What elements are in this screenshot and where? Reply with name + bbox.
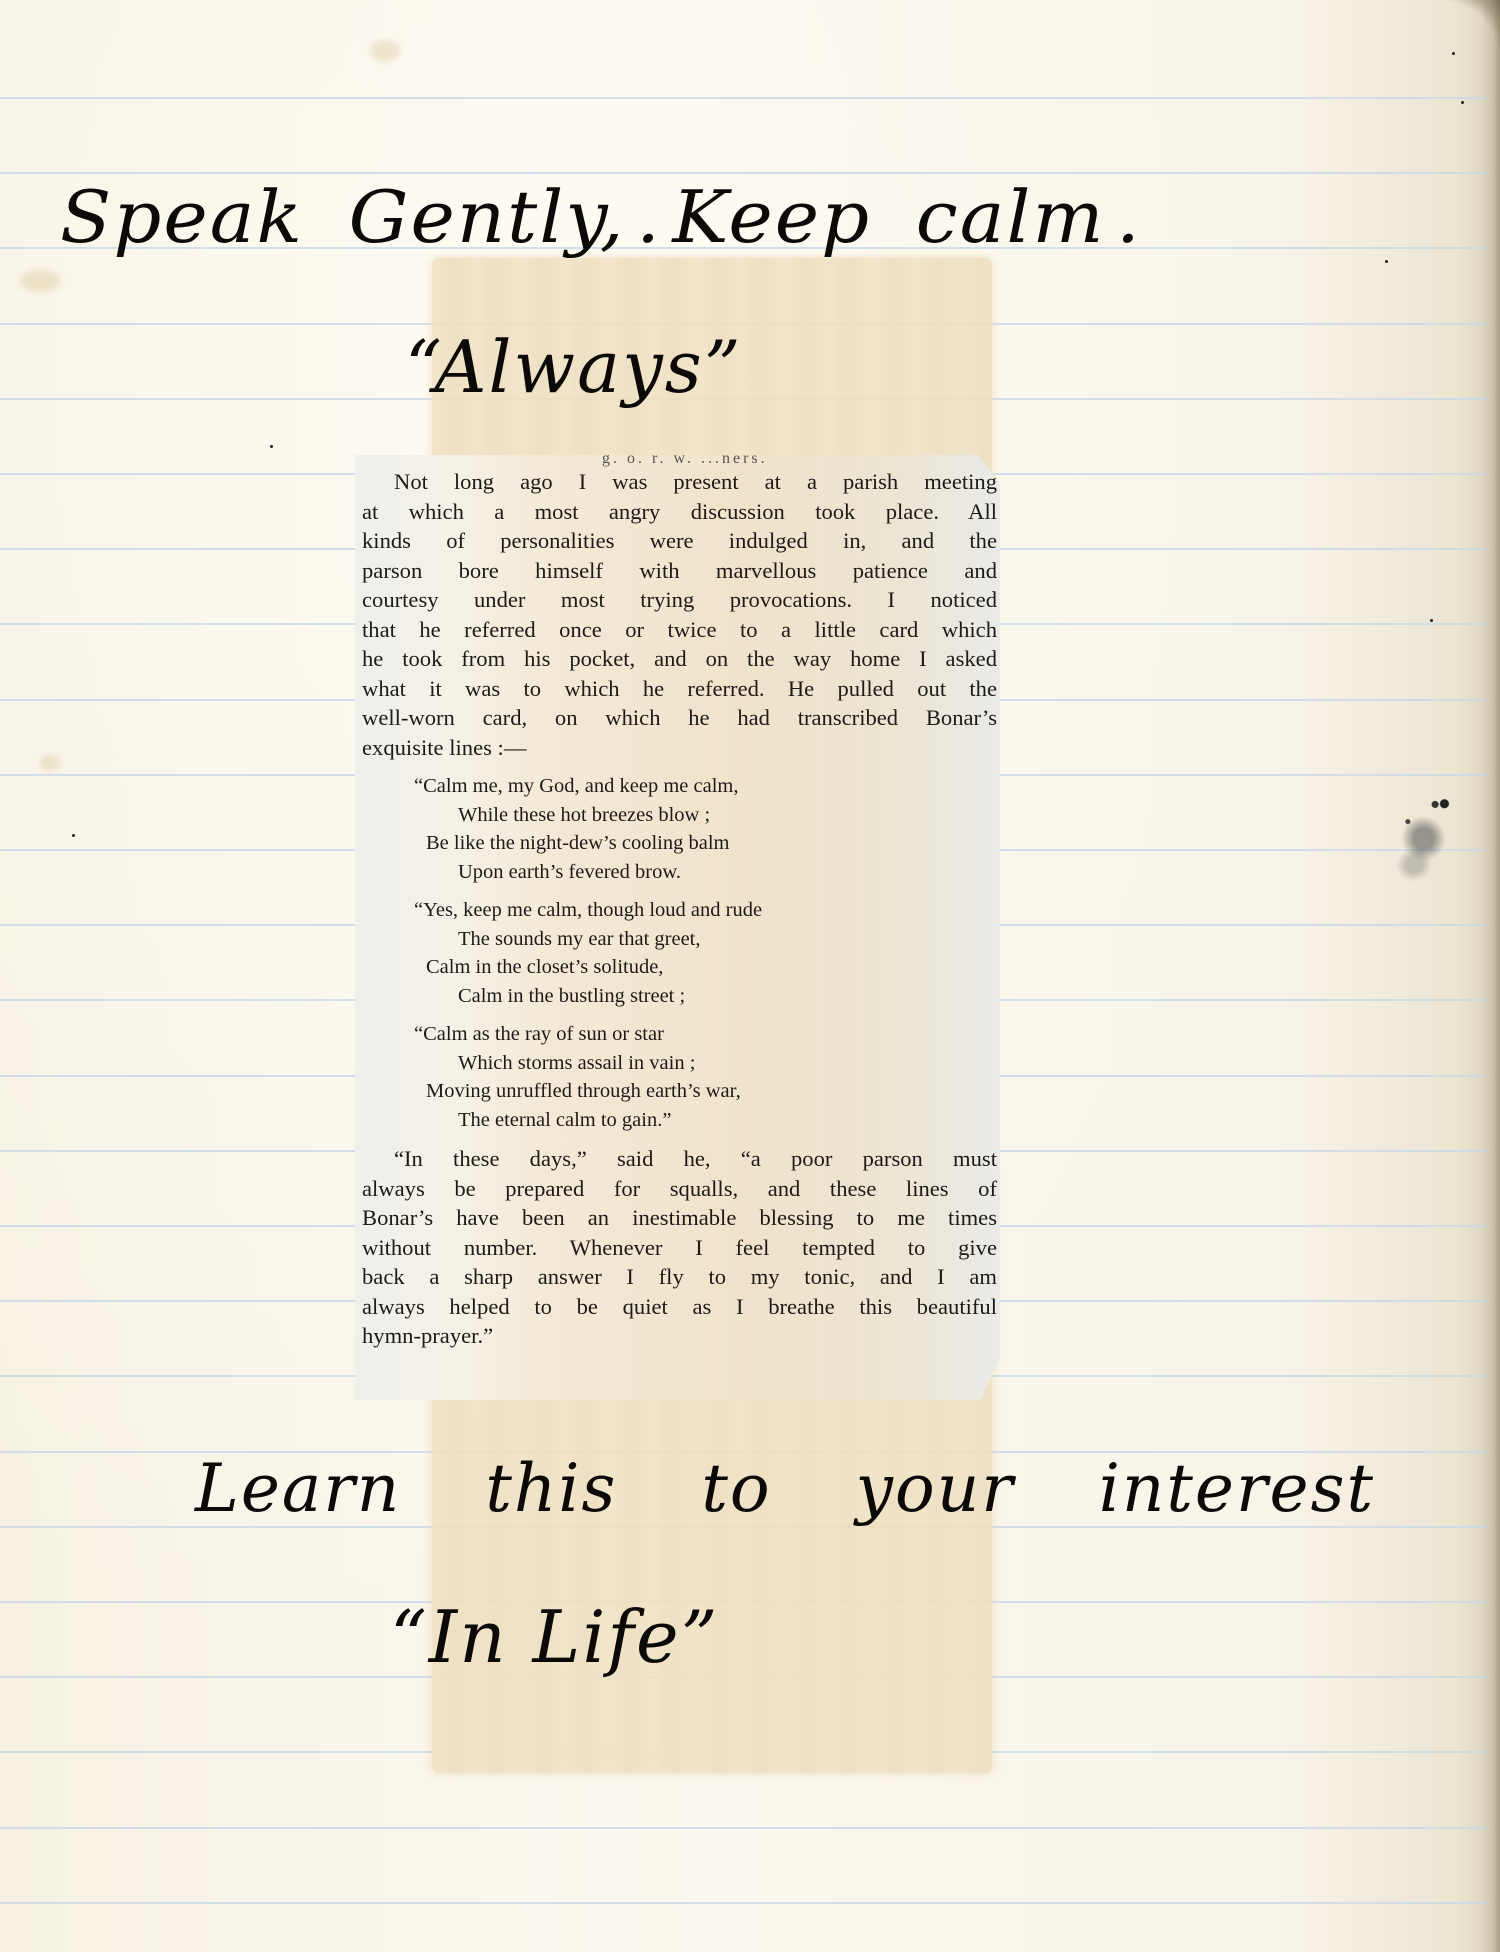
ruled-line bbox=[0, 97, 1490, 99]
poem-line: The eternal calm to gain.” bbox=[362, 1106, 997, 1135]
ink-speck bbox=[1461, 101, 1464, 104]
text-line: without number. Whenever I feel tempted … bbox=[362, 1233, 997, 1263]
handwritten-heading-speak-gently: Speak Gently,.Keep calm. bbox=[60, 175, 1152, 259]
handwritten-separator: . bbox=[1116, 175, 1142, 259]
poem-line: Be like the night-dew’s cooling balm bbox=[362, 829, 997, 858]
poem-stanza-3: “Calm as the ray of sun or star Which st… bbox=[362, 1020, 997, 1134]
page-corner-curl bbox=[1440, 0, 1500, 60]
text-line: Not long ago I was present at a parish m… bbox=[362, 467, 997, 497]
poem-line: “Yes, keep me calm, though loud and rude bbox=[362, 896, 997, 925]
ink-speck bbox=[1385, 260, 1388, 263]
text-line: well-worn card, on which he had transcri… bbox=[362, 703, 997, 733]
clipping-bottom-fragment: . . . . . . bbox=[380, 1392, 1000, 1402]
page-edge-shadow bbox=[1482, 0, 1500, 1952]
ink-speck bbox=[1430, 619, 1433, 622]
handwritten-text: Keep calm bbox=[672, 175, 1105, 259]
poem-line: Upon earth’s fevered brow. bbox=[362, 858, 997, 887]
ink-splatter bbox=[1368, 787, 1482, 898]
text-line: Bonar’s have been an inestimable blessin… bbox=[362, 1203, 997, 1233]
text-line: kinds of personalities were indulged in,… bbox=[362, 526, 997, 556]
ruled-line bbox=[0, 1902, 1490, 1904]
handwritten-learn-this: Learn this to your interest bbox=[195, 1450, 1375, 1527]
poem-line: While these hot breezes blow ; bbox=[362, 801, 997, 830]
handwritten-in-life: “In Life” bbox=[390, 1595, 719, 1679]
handwritten-word: to bbox=[701, 1450, 771, 1527]
text-line: “In these days,” said he, “a poor parson… bbox=[362, 1144, 997, 1174]
poem-stanza-1: “Calm me, my God, and keep me calm, Whil… bbox=[362, 772, 997, 886]
clipping-top-fragment: g. o. r. w. ...ners. bbox=[362, 455, 997, 467]
poem-line: Calm in the bustling street ; bbox=[362, 982, 997, 1011]
text-line: that he referred once or twice to a litt… bbox=[362, 615, 997, 645]
poem-line: “Calm as the ray of sun or star bbox=[362, 1020, 997, 1049]
text-line: always helped to be quiet as I breathe t… bbox=[362, 1292, 997, 1322]
ruled-line bbox=[0, 1827, 1490, 1829]
text-line: courtesy under most trying provocations.… bbox=[362, 585, 997, 615]
notebook-page: g. o. r. w. ...ners. Not long ago I was … bbox=[0, 0, 1500, 1952]
foxing-stain bbox=[40, 755, 60, 771]
text-line: what it was to which he referred. He pul… bbox=[362, 674, 997, 704]
text-line: exquisite lines :— bbox=[362, 733, 997, 763]
handwritten-word: this bbox=[485, 1450, 617, 1527]
clipping-paragraph-1: Not long ago I was present at a parish m… bbox=[362, 467, 997, 762]
poem-line: “Calm me, my God, and keep me calm, bbox=[362, 772, 997, 801]
bonar-hymn-poem: “Calm me, my God, and keep me calm, Whil… bbox=[362, 772, 997, 1134]
poem-line: Which storms assail in vain ; bbox=[362, 1049, 997, 1078]
handwritten-text: Speak Gently, bbox=[60, 175, 626, 259]
handwritten-word: your bbox=[856, 1450, 1015, 1527]
poem-line: Moving unruffled through earth’s war, bbox=[362, 1077, 997, 1106]
text-line: he took from his pocket, and on the way … bbox=[362, 644, 997, 674]
foxing-stain bbox=[20, 270, 60, 292]
poem-stanza-2: “Yes, keep me calm, though loud and rude… bbox=[362, 896, 997, 1010]
handwritten-word: interest bbox=[1099, 1450, 1375, 1527]
poem-line: The sounds my ear that greet, bbox=[362, 925, 997, 954]
text-line: at which a most angry discussion took pl… bbox=[362, 497, 997, 527]
handwritten-separator: . bbox=[636, 175, 662, 259]
text-line: hymn-prayer.” bbox=[362, 1321, 997, 1351]
text-line: always be prepared for squalls, and thes… bbox=[362, 1174, 997, 1204]
handwritten-word: Learn bbox=[195, 1450, 401, 1527]
text-line: parson bore himself with marvellous pati… bbox=[362, 556, 997, 586]
ink-speck bbox=[270, 445, 273, 448]
ink-speck bbox=[72, 834, 75, 837]
handwritten-always: “Always” bbox=[405, 325, 743, 409]
poem-line: Calm in the closet’s solitude, bbox=[362, 953, 997, 982]
text-line: back a sharp answer I fly to my tonic, a… bbox=[362, 1262, 997, 1292]
foxing-stain bbox=[370, 40, 400, 62]
clipping-text: g. o. r. w. ...ners. Not long ago I was … bbox=[362, 455, 997, 1351]
ruled-line bbox=[0, 172, 1490, 174]
clipping-paragraph-2: “In these days,” said he, “a poor parson… bbox=[362, 1144, 997, 1351]
